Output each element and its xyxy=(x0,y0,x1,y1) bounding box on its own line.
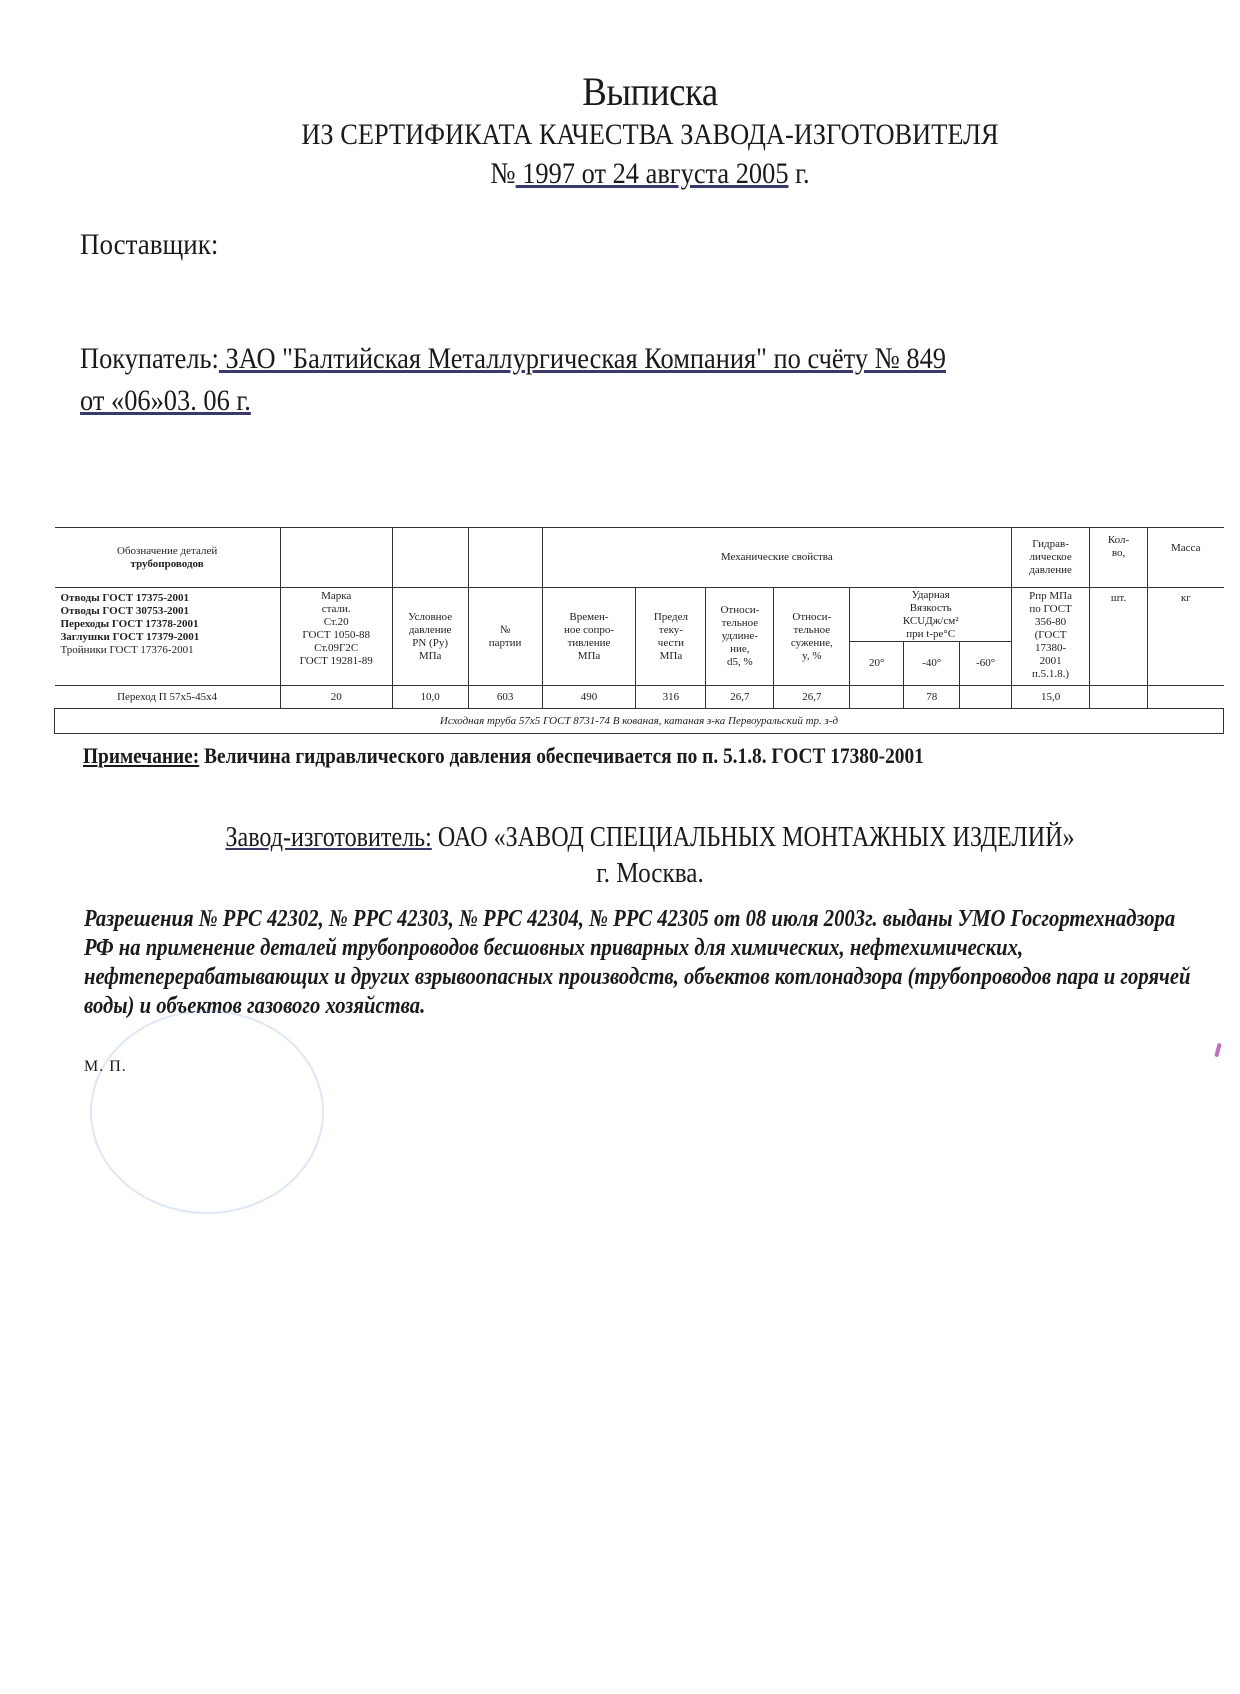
elongation-line: тельное xyxy=(708,617,771,630)
cell-elongation: 26,7 xyxy=(706,686,774,709)
pressure-line: PN (Py) xyxy=(395,637,466,650)
header-qty-1: Кол- xyxy=(1092,534,1145,547)
batch-line: партии xyxy=(471,637,540,650)
cell-hydraulic: 15,0 xyxy=(1012,686,1090,709)
header-mechanical: Механические свойства xyxy=(542,528,1012,588)
header-elongation: Относи- тельное удлине- ние, d5, % xyxy=(706,588,774,686)
cell-impact-m40: 78 xyxy=(904,686,960,709)
pressure-line: МПа xyxy=(395,650,466,663)
elongation-line: d5, % xyxy=(708,656,771,669)
steel-grade-line: Ст.09Г2С xyxy=(283,642,390,655)
hydraulic-sub-line: 356-80 xyxy=(1014,616,1087,629)
header-qty-unit: шт. xyxy=(1090,588,1148,686)
certificate-table: Обозначение деталей трубопроводов Механи… xyxy=(54,527,1224,734)
pressure-line: давление xyxy=(395,624,466,637)
steel-grade-line: Марка xyxy=(283,590,390,603)
steel-grade-line: ГОСТ 1050-88 xyxy=(283,629,390,642)
cell-impact-m60 xyxy=(960,686,1012,709)
reduction-line: сужение, xyxy=(776,637,847,650)
header-batch-no: № партии xyxy=(468,588,542,686)
note: Примечание: Величина гидравлического дав… xyxy=(83,743,924,769)
impact-line: при t-ре°С xyxy=(852,628,1009,641)
header-qty-2: во, xyxy=(1092,547,1145,560)
note-text: Величина гидравлического давления обеспе… xyxy=(199,743,924,768)
source-pipe-row: Исходная труба 57х5 ГОСТ 8731-74 В кован… xyxy=(55,709,1224,734)
header-hydraulic-3: давление xyxy=(1014,564,1087,577)
impact-line: Вязкость xyxy=(852,602,1009,615)
yield-line: теку- xyxy=(638,624,703,637)
cell-mass xyxy=(1147,686,1223,709)
cell-reduction: 26,7 xyxy=(774,686,850,709)
header-mass-unit: кг xyxy=(1147,588,1223,686)
hydraulic-sub-line: Рпр МПа xyxy=(1014,590,1087,603)
table-header-row-mid: Отводы ГОСТ 17375-2001 Отводы ГОСТ 30753… xyxy=(55,588,1224,642)
elongation-line: Относи- xyxy=(708,604,771,617)
cell-batch: 603 xyxy=(468,686,542,709)
steel-grade-line: стали. xyxy=(283,603,390,616)
cell-tensile: 490 xyxy=(542,686,636,709)
tensile-line: ное сопро- xyxy=(545,624,634,637)
yield-line: Предел xyxy=(638,611,703,624)
tensile-line: МПа xyxy=(545,650,634,663)
buyer-value-line2: от «06»03. 06 г. xyxy=(80,384,251,417)
manufacturer-label: Завод-изготовитель: xyxy=(225,822,431,853)
impact-line: Ударная xyxy=(852,589,1009,602)
hydraulic-sub-line: п.5.1.8.) xyxy=(1014,668,1087,681)
elongation-line: удлине- xyxy=(708,630,771,643)
hydraulic-sub-line: 2001 xyxy=(1014,655,1087,668)
tensile-line: Времен- xyxy=(545,611,634,624)
table-row: Переход П 57х5-45х4 20 10,0 603 490 316 … xyxy=(55,686,1224,709)
header-empty-3 xyxy=(468,528,542,588)
impact-line: КСUДж/см² xyxy=(852,615,1009,628)
header-impact: Ударная Вязкость КСUДж/см² при t-ре°С xyxy=(850,588,1012,642)
header-tensile: Времен- ное сопро- тивление МПа xyxy=(542,588,636,686)
header-hydraulic-2: лическое xyxy=(1014,551,1087,564)
hydraulic-sub-line: по ГОСТ xyxy=(1014,603,1087,616)
header-nominal-pressure: Условное давление PN (Py) МПа xyxy=(392,588,468,686)
cert-number-prefix: № xyxy=(490,157,515,190)
impact-temp-m60: -60° xyxy=(960,642,1012,686)
cell-pressure: 10,0 xyxy=(392,686,468,709)
table-header-row-top: Обозначение деталей трубопроводов Механи… xyxy=(55,528,1224,588)
header-hydraulic-1: Гидрав- xyxy=(1014,538,1087,551)
buyer-label: Покупатель: xyxy=(80,342,219,375)
header-designation-bold: трубопроводов xyxy=(57,558,278,571)
steel-grade-line: ГОСТ 19281-89 xyxy=(283,655,390,668)
header-mass: Масса xyxy=(1147,528,1223,588)
header-empty-1 xyxy=(280,528,392,588)
impact-temp-m40: -40° xyxy=(904,642,960,686)
detail-type-item: Переходы ГОСТ 17378-2001 xyxy=(61,618,278,631)
pressure-line: Условное xyxy=(395,611,466,624)
elongation-line: ние, xyxy=(708,643,771,656)
header-reduction: Относи- тельное сужение, y, % xyxy=(774,588,850,686)
detail-types-list: Отводы ГОСТ 17375-2001 Отводы ГОСТ 30753… xyxy=(55,588,281,686)
cert-number-date: 1997 от 24 августа 2005 xyxy=(516,157,789,190)
detail-type-item: Заглушки ГОСТ 17379-2001 xyxy=(61,631,278,644)
cell-yield: 316 xyxy=(636,686,706,709)
header-hydraulic-sub: Рпр МПа по ГОСТ 356-80 (ГОСТ 17380- 2001… xyxy=(1012,588,1090,686)
supplier-label: Поставщик: xyxy=(80,228,218,262)
steel-grade-line: Ст.20 xyxy=(283,616,390,629)
header-empty-2 xyxy=(392,528,468,588)
source-pipe-text: Исходная труба 57х5 ГОСТ 8731-74 В кован… xyxy=(55,709,1224,734)
header-hydraulic: Гидрав- лическое давление xyxy=(1012,528,1090,588)
yield-line: МПа xyxy=(638,650,703,663)
detail-type-item: Отводы ГОСТ 30753-2001 xyxy=(61,605,278,618)
detail-type-item: Тройники ГОСТ 17376-2001 xyxy=(61,644,278,657)
faint-stamp-icon xyxy=(90,1010,324,1214)
buyer-value-line1: ЗАО "Балтийская Металлургическая Компани… xyxy=(219,342,946,375)
header-steel-grade: Марка стали. Ст.20 ГОСТ 1050-88 Ст.09Г2С… xyxy=(280,588,392,686)
document-title: Выписка xyxy=(52,68,1240,115)
note-label: Примечание: xyxy=(83,743,199,768)
stamp-place-label: М. П. xyxy=(84,1058,127,1076)
cell-impact-20 xyxy=(850,686,904,709)
hydraulic-sub-line: (ГОСТ xyxy=(1014,629,1087,642)
cell-steel: 20 xyxy=(280,686,392,709)
reduction-line: Относи- xyxy=(776,611,847,624)
manufacturer-city: г. Москва. xyxy=(65,858,1235,890)
document-subtitle: ИЗ СЕРТИФИКАТА КАЧЕСТВА ЗАВОДА-ИЗГОТОВИТ… xyxy=(78,118,1222,152)
detail-type-item: Отводы ГОСТ 17375-2001 xyxy=(61,592,278,605)
header-designation: Обозначение деталей трубопроводов xyxy=(55,528,281,588)
tensile-line: тивление xyxy=(545,637,634,650)
certificate-number: № 1997 от 24 августа 2005 г. xyxy=(78,157,1222,191)
manufacturer-name: ОАО «ЗАВОД СПЕЦИАЛЬНЫХ МОНТАЖНЫХ ИЗДЕЛИЙ… xyxy=(432,822,1075,853)
header-designation-text: Обозначение деталей xyxy=(57,545,278,558)
permits-paragraph: Разрешения № РРС 42302, № РРС 42303, № Р… xyxy=(84,905,1193,1021)
yield-line: чести xyxy=(638,637,703,650)
cell-designation: Переход П 57х5-45х4 xyxy=(55,686,281,709)
header-yield: Предел теку- чести МПа xyxy=(636,588,706,686)
reduction-line: y, % xyxy=(776,650,847,663)
buyer-block: Покупатель: ЗАО "Балтийская Металлургиче… xyxy=(80,338,1171,422)
hydraulic-sub-line: 17380- xyxy=(1014,642,1087,655)
ink-mark-icon xyxy=(1214,1043,1221,1058)
cell-qty xyxy=(1090,686,1148,709)
impact-temp-20: 20° xyxy=(850,642,904,686)
reduction-line: тельное xyxy=(776,624,847,637)
manufacturer: Завод-изготовитель: ОАО «ЗАВОД СПЕЦИАЛЬН… xyxy=(91,822,1209,854)
batch-line: № xyxy=(471,624,540,637)
cert-number-suffix: г. xyxy=(789,157,810,190)
header-qty: Кол- во, xyxy=(1090,528,1148,588)
